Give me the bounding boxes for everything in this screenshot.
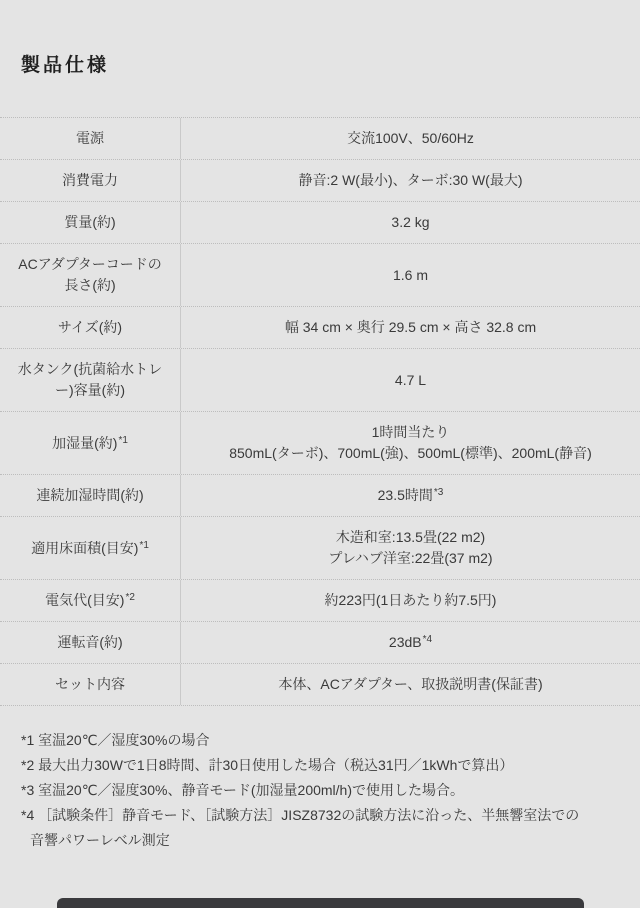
footnote: *2 最大出力30Wで1日8時間、計30日使用した場合（税込31円／1kWhで算…	[21, 753, 581, 778]
spec-value: 1時間当たり850mL(ターボ)、700mL(強)、500mL(標準)、200m…	[181, 412, 640, 474]
spec-value-line: 本体、ACアダプター、取扱説明書(保証書)	[278, 674, 542, 695]
spec-label: セット内容	[0, 664, 181, 705]
spec-value-line: 1時間当たり	[372, 422, 450, 443]
spec-label-text: 電気代(目安)*2	[45, 590, 135, 611]
spec-value: 静音:2 W(最小)、ターボ:30 W(最大)	[181, 160, 640, 201]
footnote: *3 室温20℃／湿度30%、静音モード(加湿量200ml/h)で使用した場合。	[21, 778, 581, 803]
spec-value-line: 約223円(1日あたり約7.5円)	[325, 590, 497, 611]
spec-label-text: 運転音(約)	[57, 632, 122, 653]
spec-label: サイズ(約)	[0, 307, 181, 348]
spec-row: 電源交流100V、50/60Hz	[0, 118, 640, 159]
spec-row: ACアダプターコードの長さ(約)1.6 m	[0, 243, 640, 306]
spec-value: 23.5時間*3	[181, 475, 640, 516]
spec-row: 加湿量(約)*11時間当たり850mL(ターボ)、700mL(強)、500mL(…	[0, 411, 640, 474]
spec-value-line: 3.2 kg	[391, 212, 429, 233]
spec-label-text: ACアダプターコードの長さ(約)	[12, 254, 168, 296]
spec-row: 水タンク(抗菌給水トレー)容量(約)4.7 L	[0, 348, 640, 411]
bottom-bar	[57, 898, 584, 908]
spec-label: 質量(約)	[0, 202, 181, 243]
spec-row: 消費電力静音:2 W(最小)、ターボ:30 W(最大)	[0, 159, 640, 201]
spec-label: 水タンク(抗菌給水トレー)容量(約)	[0, 349, 181, 411]
spec-label: 電気代(目安)*2	[0, 580, 181, 621]
spec-value: 幅 34 cm × 奥行 29.5 cm × 高さ 32.8 cm	[181, 307, 640, 348]
spec-value-line: 4.7 L	[395, 370, 426, 391]
footnote-ref: *1	[118, 435, 127, 446]
footnote-ref: *2	[125, 592, 134, 603]
spec-value: 3.2 kg	[181, 202, 640, 243]
spec-row: 適用床面積(目安)*1木造和室:13.5畳(22 m2)プレハブ洋室:22畳(3…	[0, 516, 640, 579]
spec-value: 約223円(1日あたり約7.5円)	[181, 580, 640, 621]
spec-label-text: 消費電力	[62, 170, 118, 191]
spec-label-text: 水タンク(抗菌給水トレー)容量(約)	[12, 359, 168, 401]
spec-label-text: サイズ(約)	[58, 317, 122, 338]
spec-value-line: 23.5時間*3	[378, 485, 444, 506]
spec-label: ACアダプターコードの長さ(約)	[0, 244, 181, 306]
spec-label-text: 適用床面積(目安)*1	[31, 538, 149, 559]
spec-value-line: プレハブ洋室:22畳(37 m2)	[328, 548, 492, 569]
spec-value-line: 交流100V、50/60Hz	[347, 128, 474, 149]
spec-label: 連続加湿時間(約)	[0, 475, 181, 516]
spec-label: 消費電力	[0, 160, 181, 201]
spec-row: セット内容本体、ACアダプター、取扱説明書(保証書)	[0, 663, 640, 705]
spec-row: 質量(約)3.2 kg	[0, 201, 640, 243]
spec-label-text: 連続加湿時間(約)	[36, 485, 143, 506]
spec-value-line: 850mL(ターボ)、700mL(強)、500mL(標準)、200mL(静音)	[229, 443, 592, 464]
spec-value-line: 木造和室:13.5畳(22 m2)	[336, 527, 485, 548]
spec-value: 1.6 m	[181, 244, 640, 306]
spec-row: 電気代(目安)*2約223円(1日あたり約7.5円)	[0, 579, 640, 621]
spec-value-line: 幅 34 cm × 奥行 29.5 cm × 高さ 32.8 cm	[285, 317, 536, 338]
spec-row: サイズ(約)幅 34 cm × 奥行 29.5 cm × 高さ 32.8 cm	[0, 306, 640, 348]
spec-label-text: セット内容	[55, 674, 125, 695]
footnote-ref: *3	[434, 487, 443, 498]
footnote: *4 ［試験条件］静音モード、［試験方法］JISZ8732の試験方法に沿った、半…	[21, 803, 581, 853]
spec-label: 電源	[0, 118, 181, 159]
footnote-ref: *4	[423, 634, 432, 645]
spec-row: 運転音(約)23dB*4	[0, 621, 640, 663]
spec-table: 電源交流100V、50/60Hz消費電力静音:2 W(最小)、ターボ:30 W(…	[0, 117, 640, 706]
spec-row: 連続加湿時間(約)23.5時間*3	[0, 474, 640, 516]
spec-label: 適用床面積(目安)*1	[0, 517, 181, 579]
spec-label-text: 電源	[76, 128, 104, 149]
footnote-ref: *1	[139, 540, 148, 551]
spec-value-line: 23dB*4	[389, 632, 432, 653]
page-title: 製品仕様	[0, 0, 640, 80]
spec-value: 本体、ACアダプター、取扱説明書(保証書)	[181, 664, 640, 705]
spec-value: 交流100V、50/60Hz	[181, 118, 640, 159]
spec-label-text: 質量(約)	[64, 212, 115, 233]
spec-label: 加湿量(約)*1	[0, 412, 181, 474]
footnote: *1 室温20℃／湿度30%の場合	[21, 728, 581, 753]
spec-label: 運転音(約)	[0, 622, 181, 663]
spec-value-line: 静音:2 W(最小)、ターボ:30 W(最大)	[299, 170, 523, 191]
spec-value: 木造和室:13.5畳(22 m2)プレハブ洋室:22畳(37 m2)	[181, 517, 640, 579]
spec-value: 23dB*4	[181, 622, 640, 663]
spec-value: 4.7 L	[181, 349, 640, 411]
spec-label-text: 加湿量(約)*1	[52, 433, 128, 454]
spec-value-line: 1.6 m	[393, 265, 428, 286]
footnotes: *1 室温20℃／湿度30%の場合*2 最大出力30Wで1日8時間、計30日使用…	[21, 728, 581, 853]
